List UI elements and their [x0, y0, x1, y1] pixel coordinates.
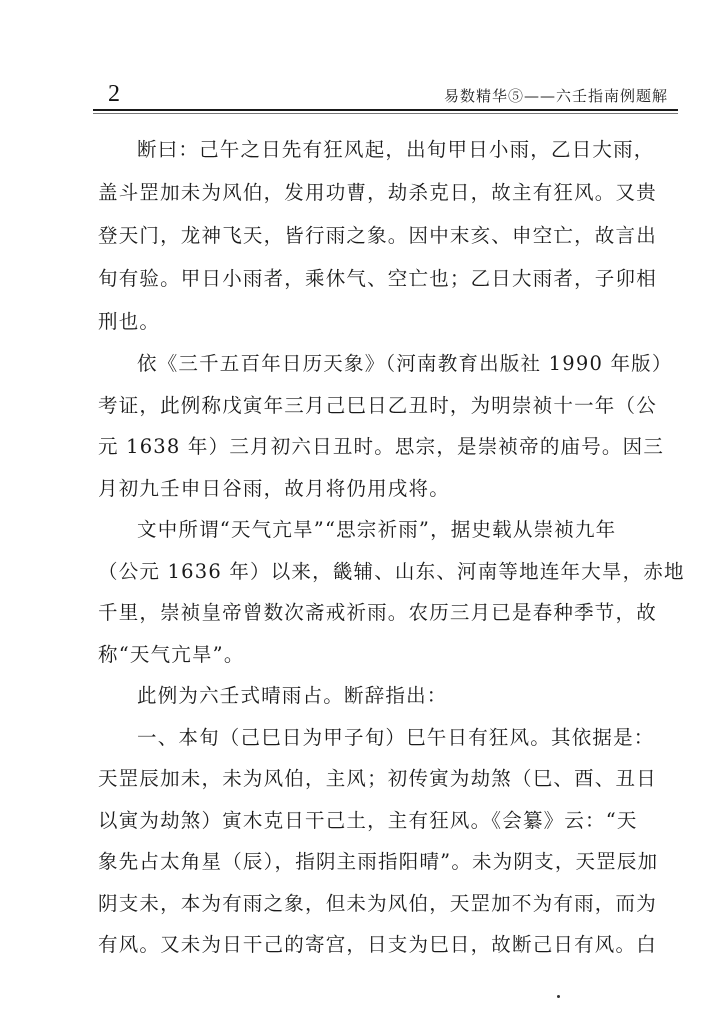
text-line: （公元 1636 年）以来，畿辅、山东、河南等地连年大旱，赤地	[98, 551, 672, 593]
text-line: 登天门，龙神飞天，皆行雨之象。因中末亥、申空亡，故言出	[98, 214, 672, 257]
text-line: 此例为六壬式晴雨占。断辞指出：	[98, 675, 672, 717]
paragraph-historical-drought: 文中所谓“天气亢旱”“思宗祈雨”，据史载从崇祯九年 （公元 1636 年）以来，…	[98, 509, 672, 675]
page-number: 2	[108, 80, 120, 108]
text-line: 千里，崇祯皇帝曾数次斋戒祈雨。农历三月已是春种季节，故	[98, 592, 672, 634]
running-title: 易数精华⑤——六壬指南例题解	[444, 86, 668, 106]
body-text: 断曰：己午之日先有狂风起，出旬甲日小雨，乙日大雨， 盖斗罡加未为风伯，发用功曹，…	[98, 128, 672, 966]
page-header: 2 易数精华⑤——六壬指南例题解	[93, 82, 678, 108]
text-line: 依《三千五百年日历天象》（河南教育出版社 1990 年版）	[98, 343, 672, 385]
text-line: 文中所谓“天气亢旱”“思宗祈雨”，据史载从崇祯九年	[98, 509, 672, 551]
text-line: 称“天气亢旱”。	[98, 634, 672, 676]
text-line: 月初九壬申日谷雨，故月将仍用戌将。	[98, 468, 672, 510]
paragraph-point-one: 一、本旬（己巳日为甲子旬）巳午日有狂风。其依据是： 天罡辰加未，未为风伯，主风；…	[98, 717, 672, 966]
text-line: 元 1638 年）三月初六日丑时。思宗，是崇祯帝的庙号。因三	[98, 426, 672, 468]
text-line: 断曰：己午之日先有狂风起，出旬甲日小雨，乙日大雨，	[98, 128, 672, 171]
paragraph-calendar-verification: 依《三千五百年日历天象》（河南教育出版社 1990 年版） 考证，此例称戊寅年三…	[98, 343, 672, 509]
paragraph-judgment: 断曰：己午之日先有狂风起，出旬甲日小雨，乙日大雨， 盖斗罡加未为风伯，发用功曹，…	[98, 128, 672, 343]
text-line: 一、本旬（己巳日为甲子旬）巳午日有狂风。其依据是：	[98, 717, 672, 759]
text-line: 刑也。	[98, 300, 672, 343]
text-line: 有风。又未为日干己的寄宫，日支为巳日，故断己日有风。白	[98, 924, 672, 966]
header-rule-thick	[93, 109, 678, 111]
text-line: 天罡辰加未，未为风伯，主风；初传寅为劫煞（巳、酉、丑日	[98, 758, 672, 800]
header-rule-thin	[93, 113, 678, 114]
text-line: 阴支未，本为有雨之象，但未为风伯，天罡加不为有雨，而为	[98, 883, 672, 925]
paragraph-divination-type: 此例为六壬式晴雨占。断辞指出：	[98, 675, 672, 717]
text-line: 盖斗罡加未为风伯，发用功曹，劫杀克日，故主有狂风。又贵	[98, 171, 672, 214]
text-line: 以寅为劫煞）寅木克日干己土，主有狂风。《会纂》云：“天	[98, 800, 672, 842]
text-line: 考证，此例称戊寅年三月己巳日乙丑时，为明崇祯十一年（公	[98, 385, 672, 427]
text-line: 象先占太角星（辰），指阴主雨指阳晴”。未为阴支，天罡辰加	[98, 841, 672, 883]
text-line: 旬有验。甲日小雨者，乘休气、空亡也；乙日大雨者，子卯相	[98, 257, 672, 300]
scan-speck	[557, 995, 560, 998]
